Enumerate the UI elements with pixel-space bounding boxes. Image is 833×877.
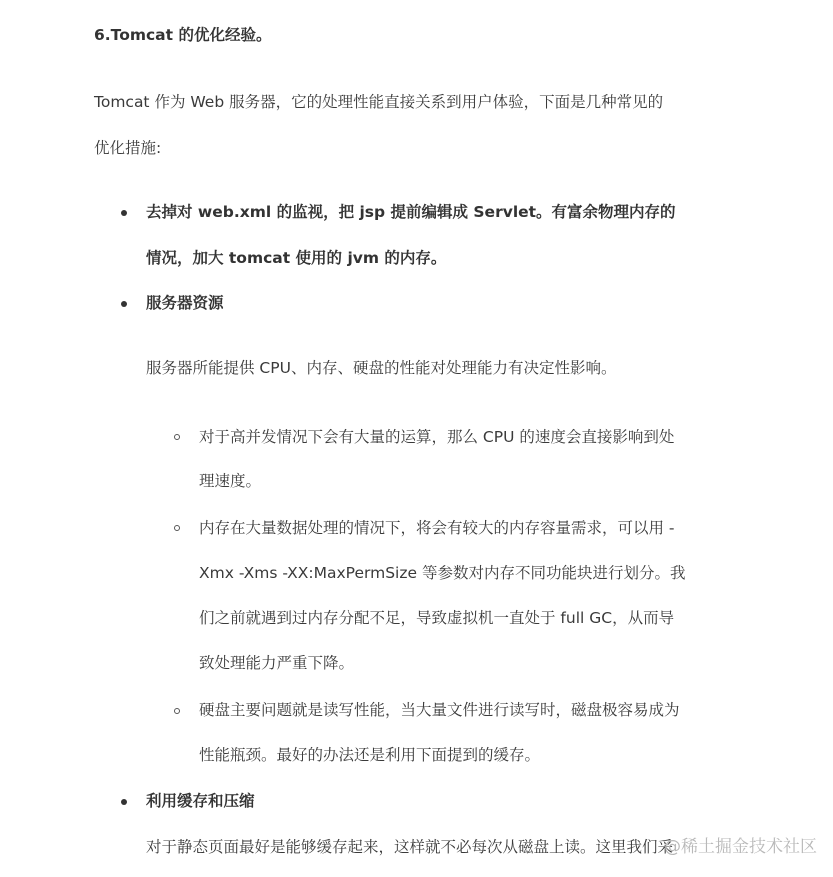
circle-bullet-icon [174, 525, 180, 531]
subitem-2-line-2: Xmx -Xms -XX:MaxPermSize 等参数对内存不同功能块进行划分… [199, 562, 685, 584]
item-3-desc: 对于静态页面最好是能够缓存起来，这样就不必每次从磁盘上读。这里我们采 [146, 836, 673, 858]
item-2-desc: 服务器所能提供 CPU、内存、硬盘的性能对处理能力有决定性影响。 [146, 357, 616, 379]
bullet-icon [121, 799, 127, 805]
subitem-3-line-2: 性能瓶颈。最好的办法还是利用下面提到的缓存。 [199, 744, 540, 766]
watermark: @稀土掘金技术社区 [664, 832, 817, 857]
subitem-2-line-4: 致处理能力严重下降。 [199, 652, 354, 674]
section-heading: 6.Tomcat 的优化经验。 [94, 24, 271, 46]
intro-line-2: 优化措施: [94, 137, 161, 159]
subitem-2-line-1: 内存在大量数据处理的情况下，将会有较大的内存容量需求，可以用 - [199, 517, 675, 539]
circle-bullet-icon [174, 434, 180, 440]
subitem-1-line-2: 理速度。 [199, 470, 261, 492]
item-3-title: 利用缓存和压缩 [146, 790, 255, 812]
intro-line-1: Tomcat 作为 Web 服务器，它的处理性能直接关系到用户体验，下面是几种常… [94, 91, 663, 113]
subitem-3-line-1: 硬盘主要问题就是读写性能，当大量文件进行读写时，磁盘极容易成为 [199, 699, 680, 721]
subitem-2-line-3: 们之前就遇到过内存分配不足，导致虚拟机一直处于 full GC，从而导 [199, 607, 674, 629]
subitem-1-line-1: 对于高并发情况下会有大量的运算，那么 CPU 的速度会直接影响到处 [199, 426, 674, 448]
item-1-line-1: 去掉对 web.xml 的监视，把 jsp 提前编辑成 Servlet。有富余物… [146, 201, 676, 223]
item-1-line-2: 情况，加大 tomcat 使用的 jvm 的内存。 [146, 247, 446, 269]
circle-bullet-icon [174, 708, 180, 714]
bullet-icon [121, 210, 127, 216]
bullet-icon [121, 301, 127, 307]
item-2-title: 服务器资源 [146, 292, 224, 314]
